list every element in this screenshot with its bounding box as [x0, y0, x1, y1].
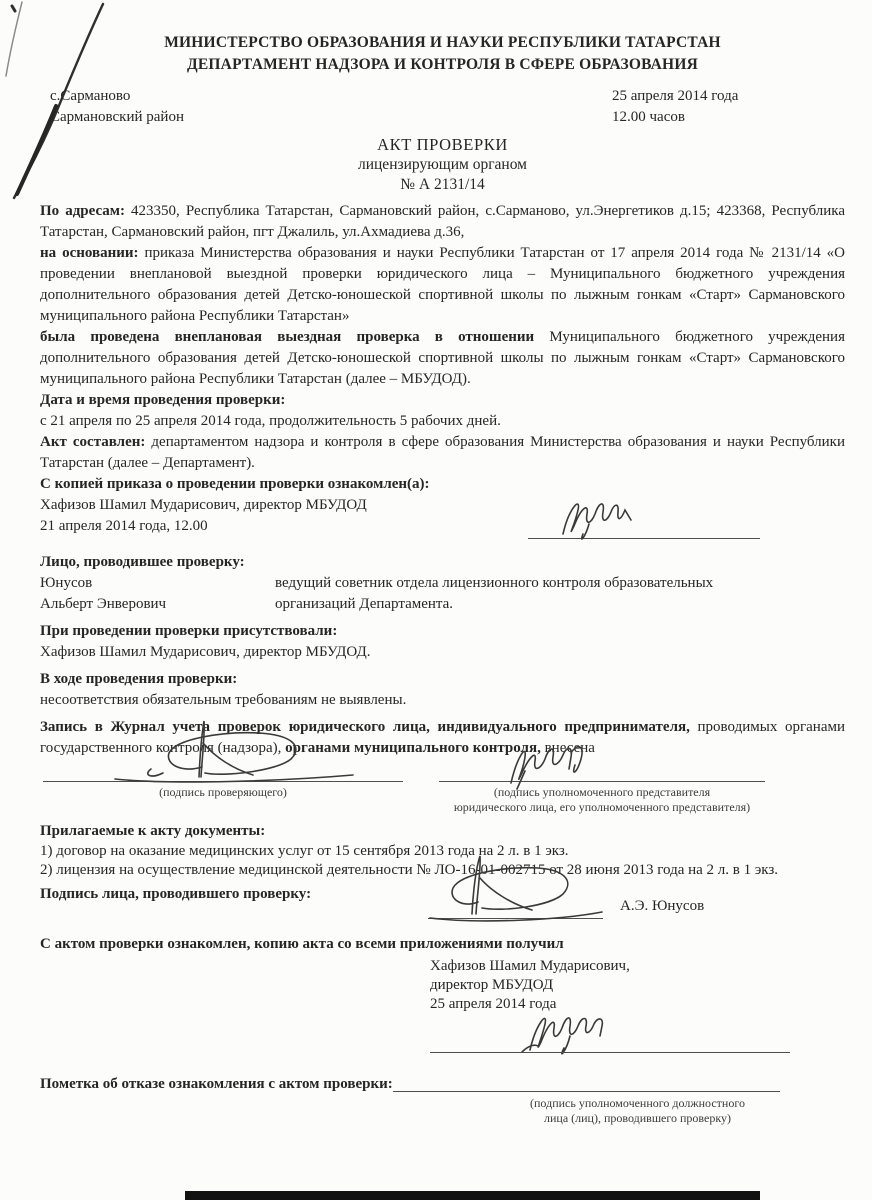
signature-line-director-copy — [528, 538, 760, 539]
present-text: Хафизов Шамил Мударисович, директор МБУД… — [40, 642, 845, 663]
addresses-text: 423350, Республика Татарстан, Сармановск… — [40, 203, 845, 240]
sign-inspector-name: А.Э. Юнусов — [620, 896, 704, 917]
act-label: Акт составлен: — [40, 434, 145, 450]
signature-block-representative: (подпись уполномоченного представителя ю… — [439, 781, 765, 815]
title-sub: лицензирующим органом — [40, 155, 845, 175]
signature-caption-representative-line2: юридического лица, его уполномоченного п… — [439, 800, 765, 815]
conducted-label: была проведена внеплановая выездная пров… — [40, 329, 534, 345]
title-main: АКТ ПРОВЕРКИ — [40, 132, 845, 155]
document-header: МИНИСТЕРСТВО ОБРАЗОВАНИЯ И НАУКИ РЕСПУБЛ… — [40, 32, 845, 76]
signature-line-inspector — [43, 781, 403, 782]
present-label-text: При проведении проверки присутствовали: — [40, 623, 337, 639]
present-label: При проведении проверки присутствовали: — [40, 621, 845, 642]
acquainted-block: Хафизов Шамил Мударисович, директор МБУД… — [430, 957, 845, 1014]
copy-sign-row: 21 апреля 2014 года, 12.00 — [40, 516, 845, 546]
signature-line-director-final — [430, 1052, 790, 1053]
paragraph-addresses: По адресам: 423350, Республика Татарстан… — [40, 201, 845, 243]
document-title: АКТ ПРОВЕРКИ лицензирующим органом № А 2… — [40, 132, 845, 195]
journal-text2: внесена — [541, 740, 595, 756]
scan-artifact-bar — [185, 1191, 760, 1200]
copy-label-text: С копией приказа о проведении проверки о… — [40, 476, 430, 492]
journal-bold2: органами муниципального контроля, — [285, 740, 541, 756]
signatures-row: (подпись проверяющего) (подпись уполномо… — [40, 781, 845, 815]
acquainted-name: Хафизов Шамил Мударисович, — [430, 957, 845, 976]
datetime-label: Дата и время проведения проверки: — [40, 390, 845, 411]
inspector-label-text: Лицо, проводившее проверку: — [40, 554, 245, 570]
paragraph-conducted: была проведена внеплановая выездная пров… — [40, 327, 845, 390]
signature-line-representative — [439, 781, 765, 782]
paragraph-basis: на основании: приказа Министерства образ… — [40, 243, 845, 327]
signature-line-inspector-final — [428, 918, 603, 919]
sign-inspector-label: Подпись лица, проводившего проверку: — [40, 886, 311, 902]
copy-name: Хафизов Шамил Мударисович, директор МБУД… — [40, 495, 845, 516]
acquainted-title: директор МБУДОД — [430, 976, 845, 995]
basis-text: приказа Министерства образования и науки… — [40, 245, 845, 324]
refusal-caption-line1: (подпись уполномоченного должностного — [465, 1096, 810, 1111]
course-label-text: В ходе проведения проверки: — [40, 671, 237, 687]
acquainted-sign-row — [430, 1014, 790, 1062]
place-line2: Сармановский район — [50, 107, 184, 128]
attachments-label: Прилагаемые к акту документы: — [40, 821, 845, 842]
paragraph-journal: Запись в Журнал учета проверок юридическ… — [40, 717, 845, 759]
inspector-position: ведущий советник отдела лицензионного ко… — [275, 573, 785, 615]
document-content: МИНИСТЕРСТВО ОБРАЗОВАНИЯ И НАУКИ РЕСПУБЛ… — [40, 0, 845, 1126]
copy-date: 21 апреля 2014 года, 12.00 — [40, 518, 208, 534]
signature-caption-representative: (подпись уполномоченного представителя ю… — [439, 785, 765, 815]
title-number: № А 2131/14 — [40, 175, 845, 195]
date-block: 25 апреля 2014 года 12.00 часов — [612, 86, 845, 128]
place-block: с.Сарманово Сармановский район — [50, 86, 184, 128]
basis-label: на основании: — [40, 245, 139, 261]
attachment-item-1: 1) договор на оказание медицинских услуг… — [40, 842, 845, 861]
inspector-surname: Юнусов — [40, 573, 275, 594]
journal-bold1: Запись в Журнал учета проверок юридическ… — [40, 719, 698, 735]
place-date-row: с.Сарманово Сармановский район 25 апреля… — [40, 86, 845, 128]
refusal-line — [393, 1091, 780, 1092]
signature-block-inspector: (подпись проверяющего) — [43, 781, 403, 815]
acquainted-label-text: С актом проверки ознакомлен, копию акта … — [40, 936, 564, 952]
inspector-label: Лицо, проводившее проверку: — [40, 552, 845, 573]
attachments-label-text: Прилагаемые к акту документы: — [40, 823, 265, 839]
refusal-row: Пометка об отказе ознакомления с актом п… — [40, 1074, 845, 1095]
signature-caption-representative-line1: (подпись уполномоченного представителя — [439, 785, 765, 800]
refusal-label: Пометка об отказе ознакомления с актом п… — [40, 1074, 393, 1095]
inspector-row: Юнусов Альберт Энверович ведущий советни… — [40, 573, 845, 615]
signature-caption-inspector: (подпись проверяющего) — [43, 785, 403, 800]
paragraph-act: Акт составлен: департаментом надзора и к… — [40, 432, 845, 474]
course-label: В ходе проведения проверки: — [40, 669, 845, 690]
date-line: 25 апреля 2014 года — [612, 86, 845, 107]
addresses-label: По адресам: — [40, 203, 125, 219]
datetime-text: с 21 апреля по 25 апреля 2014 года, прод… — [40, 411, 845, 432]
place-line1: с.Сарманово — [50, 86, 184, 107]
attachment-item-2: 2) лицензия на осуществление медицинской… — [40, 861, 845, 880]
refusal-caption-line2: лица (лиц), проводившего проверку) — [465, 1111, 810, 1126]
inspector-firstname: Альберт Энверович — [40, 594, 275, 615]
copy-label: С копией приказа о проведении проверки о… — [40, 474, 845, 495]
header-line1: МИНИСТЕРСТВО ОБРАЗОВАНИЯ И НАУКИ РЕСПУБЛ… — [40, 32, 845, 54]
refusal-caption: (подпись уполномоченного должностного ли… — [465, 1096, 810, 1126]
time-line: 12.00 часов — [612, 107, 845, 128]
inspector-sign-row: Подпись лица, проводившего проверку: А.Э… — [40, 884, 845, 930]
act-text: департаментом надзора и контроля в сфере… — [40, 434, 845, 471]
course-text: несоответствия обязательным требованиям … — [40, 690, 845, 711]
signature-scribble-director-final — [520, 1006, 690, 1066]
datetime-label-text: Дата и время проведения проверки: — [40, 392, 285, 408]
scanned-document-page: МИНИСТЕРСТВО ОБРАЗОВАНИЯ И НАУКИ РЕСПУБЛ… — [0, 0, 872, 1200]
header-line2: ДЕПАРТАМЕНТ НАДЗОРА И КОНТРОЛЯ В СФЕРЕ О… — [40, 54, 845, 76]
inspector-name: Юнусов Альберт Энверович — [40, 573, 275, 615]
acquainted-label: С актом проверки ознакомлен, копию акта … — [40, 934, 845, 955]
acquainted-date: 25 апреля 2014 года — [430, 995, 845, 1014]
